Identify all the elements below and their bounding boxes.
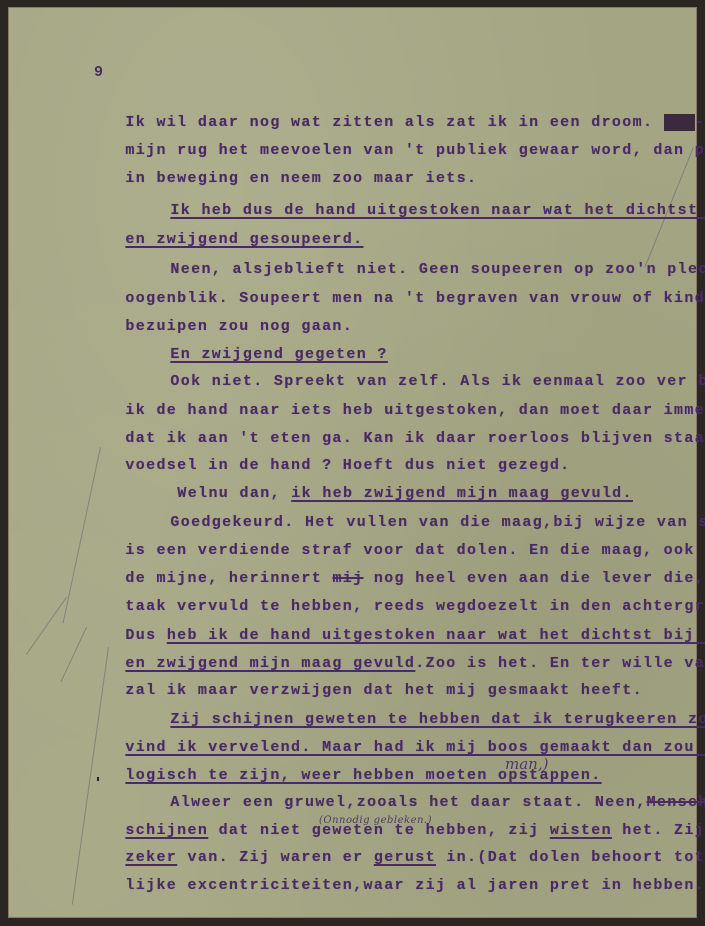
handwritten-annotation: man,) — [505, 755, 548, 773]
pencil-mark — [26, 597, 67, 655]
text-line: lijke excentriciteiten,waar zij al jaren… — [84, 859, 705, 913]
typescript-page: 9 Ik wil daar nog wat zitten als zat ik … — [8, 7, 697, 918]
page-number: 9 — [94, 64, 103, 81]
pencil-mark — [61, 627, 87, 682]
text-segment: lijke excentriciteiten,waar zij al jaren… — [125, 877, 705, 894]
handwritten-annotation: (Onnodig gebleken.) — [319, 815, 432, 826]
